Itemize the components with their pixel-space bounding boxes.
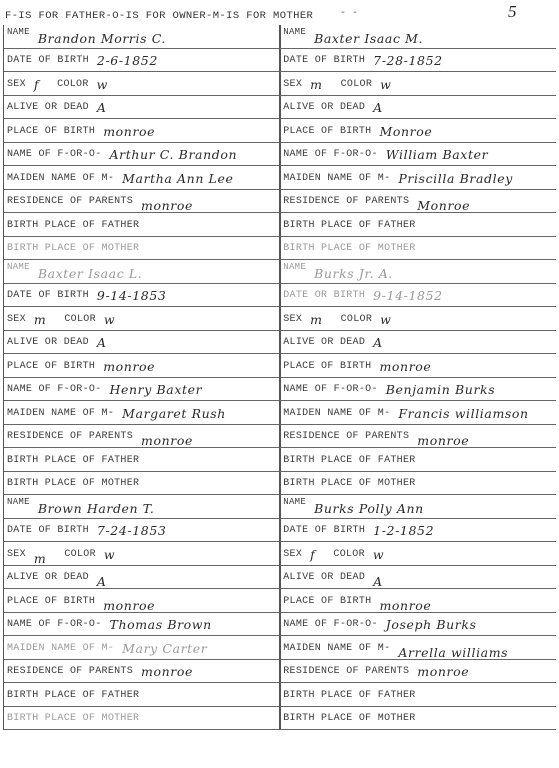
place-of-birth-field: PLACE OF BIRTHmonroe <box>280 589 556 613</box>
date-of-birth-label: DATE OF BIRTH <box>283 525 365 541</box>
color-value: w <box>104 547 115 565</box>
birth-place-of-mother-label: BIRTH PLACE OF MOTHER <box>283 713 415 729</box>
residence-of-parents-field: RESIDENCE OF PARENTSmonroe <box>4 660 280 684</box>
mother-maiden-name-label: MAIDEN NAME OF M- <box>7 643 114 659</box>
sex-label: SEX <box>7 79 26 95</box>
alive-or-dead-label: ALIVE OR DEAD <box>7 572 89 588</box>
record-card-6: NAMEBurks Polly Ann DATE OF BIRTH1-2-185… <box>279 495 556 730</box>
alive-or-dead-field: ALIVE OR DEADA <box>4 96 280 120</box>
sex-label: SEX <box>7 549 26 565</box>
mother-maiden-name-value: Arrella williams <box>398 645 508 660</box>
name-label: NAME <box>283 262 306 283</box>
color-label: COLOR <box>57 79 89 95</box>
sex-label: SEX <box>283 314 302 330</box>
name-value: Burks Polly Ann <box>314 501 424 518</box>
color-label: COLOR <box>64 314 96 330</box>
alive-or-dead-value: A <box>373 574 383 589</box>
alive-or-dead-value: A <box>373 100 383 118</box>
date-of-birth-field: DATE OR BIRTH9-14-1852 <box>280 284 556 308</box>
name-field: NAMEBurks Jr. A. <box>280 260 556 284</box>
date-of-birth-value: 2-6-1852 <box>97 53 158 71</box>
place-of-birth-value: monroe <box>103 359 155 377</box>
residence-of-parents-label: RESIDENCE OF PARENTS <box>283 666 409 682</box>
birth-place-of-father-field: BIRTH PLACE OF FATHER <box>4 683 280 707</box>
sex-color-field: SEXmCOLORw <box>280 307 556 331</box>
residence-of-parents-value: monroe <box>141 433 193 448</box>
date-of-birth-value: 9-14-1853 <box>97 288 167 306</box>
sex-label: SEX <box>283 549 302 565</box>
place-of-birth-label: PLACE OF BIRTH <box>283 126 371 142</box>
alive-or-dead-field: ALIVE OR DEADA <box>280 96 556 120</box>
residence-of-parents-label: RESIDENCE OF PARENTS <box>283 196 409 212</box>
place-of-birth-field: PLACE OF BIRTHmonroe <box>4 589 280 613</box>
sex-value: f <box>310 547 315 565</box>
name-label: NAME <box>7 497 30 518</box>
name-field: NAMEBaxter Isaac L. <box>4 260 280 284</box>
place-of-birth-value: monroe <box>379 598 431 613</box>
father-or-owner-value: William Baxter <box>386 147 488 165</box>
name-label: NAME <box>7 27 30 48</box>
sex-label: SEX <box>7 314 26 330</box>
mother-maiden-name-label: MAIDEN NAME OF M- <box>283 173 390 189</box>
alive-or-dead-field: ALIVE OR DEADA <box>4 566 280 590</box>
residence-of-parents-field: RESIDENCE OF PARENTSMonroe <box>280 190 556 214</box>
record-block-3: NAMEBrown Harden T. DATE OF BIRTH7-24-18… <box>3 495 556 730</box>
place-of-birth-value: monroe <box>103 598 155 613</box>
place-of-birth-field: PLACE OF BIRTHmonroe <box>4 119 280 143</box>
birth-place-of-mother-field: BIRTH PLACE OF MOTHER <box>280 237 556 261</box>
name-value: Brandon Morris C. <box>38 31 166 48</box>
alive-or-dead-label: ALIVE OR DEAD <box>283 102 365 118</box>
alive-or-dead-label: ALIVE OR DEAD <box>7 102 89 118</box>
date-of-birth-label: DATE OF BIRTH <box>283 55 365 71</box>
sex-color-field: SEXmCOLORw <box>280 72 556 96</box>
mother-maiden-name-value: Mary Carter <box>122 641 207 659</box>
record-card-2: NAMEBaxter Isaac M. DATE OF BIRTH7-28-18… <box>279 25 556 260</box>
residence-of-parents-label: RESIDENCE OF PARENTS <box>7 196 133 212</box>
birth-place-of-mother-field: BIRTH PLACE OF MOTHER <box>4 707 280 731</box>
sex-label: SEX <box>283 79 302 95</box>
sex-value: m <box>310 77 322 95</box>
birth-place-of-father-field: BIRTH PLACE OF FATHER <box>280 683 556 707</box>
place-of-birth-label: PLACE OF BIRTH <box>7 361 95 377</box>
date-of-birth-value: 1-2-1852 <box>373 523 434 541</box>
color-value: w <box>104 312 115 330</box>
name-value: Baxter Isaac L. <box>38 266 143 283</box>
name-field: NAMEBrown Harden T. <box>4 495 280 519</box>
color-value: w <box>380 77 391 95</box>
record-card-1: NAMEBrandon Morris C. DATE OF BIRTH2-6-1… <box>3 25 281 260</box>
page-number: 5 <box>508 2 517 22</box>
place-of-birth-label: PLACE OF BIRTH <box>7 596 95 612</box>
father-or-owner-label: NAME OF F-OR-O- <box>283 149 378 165</box>
father-or-owner-field: NAME OF F-OR-O-Arthur C. Brandon <box>4 143 280 167</box>
mother-maiden-name-field: MAIDEN NAME OF M-Margaret Rush <box>4 401 280 425</box>
birth-place-of-father-field: BIRTH PLACE OF FATHER <box>280 213 556 237</box>
date-of-birth-value: 7-28-1852 <box>373 53 443 71</box>
father-or-owner-field: NAME OF F-OR-O-Benjamin Burks <box>280 378 556 402</box>
date-of-birth-field: DATE OF BIRTH2-6-1852 <box>4 49 280 73</box>
father-or-owner-label: NAME OF F-OR-O- <box>7 149 102 165</box>
residence-of-parents-label: RESIDENCE OF PARENTS <box>283 431 409 447</box>
place-of-birth-field: PLACE OF BIRTHmonroe <box>280 354 556 378</box>
birth-place-of-father-label: BIRTH PLACE OF FATHER <box>283 690 415 706</box>
father-or-owner-value: Joseph Burks <box>386 617 477 635</box>
father-or-owner-label: NAME OF F-OR-O- <box>283 384 378 400</box>
alive-or-dead-label: ALIVE OR DEAD <box>7 337 89 353</box>
birth-place-of-mother-field: BIRTH PLACE OF MOTHER <box>4 237 280 261</box>
date-of-birth-label: DATE OR BIRTH <box>283 290 365 306</box>
father-or-owner-field: NAME OF F-OR-O-Joseph Burks <box>280 613 556 637</box>
residence-of-parents-label: RESIDENCE OF PARENTS <box>7 431 133 447</box>
father-or-owner-label: NAME OF F-OR-O- <box>7 619 102 635</box>
mother-maiden-name-value: Martha Ann Lee <box>122 171 233 189</box>
mother-maiden-name-label: MAIDEN NAME OF M- <box>7 173 114 189</box>
mother-maiden-name-label: MAIDEN NAME OF M- <box>283 408 390 424</box>
color-label: COLOR <box>64 549 96 565</box>
date-of-birth-value: 9-14-1852 <box>373 288 443 306</box>
sex-color-field: SEXfCOLORw <box>4 72 280 96</box>
father-or-owner-value: Thomas Brown <box>110 617 212 635</box>
record-block-1: NAMEBrandon Morris C. DATE OF BIRTH2-6-1… <box>3 25 556 260</box>
color-value: w <box>380 312 391 330</box>
birth-place-of-mother-field: BIRTH PLACE OF MOTHER <box>280 707 556 731</box>
father-or-owner-value: Arthur C. Brandon <box>110 147 238 165</box>
color-label: COLOR <box>341 314 373 330</box>
sex-value: m <box>34 551 46 566</box>
alive-or-dead-value: A <box>97 574 107 589</box>
name-field: NAMEBrandon Morris C. <box>4 25 280 49</box>
mother-maiden-name-value: Margaret Rush <box>122 406 226 424</box>
sex-color-field: SEXfCOLORw <box>280 542 556 566</box>
father-or-owner-field: NAME OF F-OR-O-Thomas Brown <box>4 613 280 637</box>
residence-of-parents-value: monroe <box>417 433 469 448</box>
alive-or-dead-value: A <box>97 335 107 353</box>
mother-maiden-name-value: Francis williamson <box>398 406 528 424</box>
date-of-birth-field: DATE OF BIRTH1-2-1852 <box>280 519 556 543</box>
place-of-birth-label: PLACE OF BIRTH <box>283 596 371 612</box>
record-card-5: NAMEBrown Harden T. DATE OF BIRTH7-24-18… <box>3 495 281 730</box>
color-value: w <box>97 77 108 95</box>
place-of-birth-label: PLACE OF BIRTH <box>7 126 95 142</box>
father-or-owner-value: Henry Baxter <box>110 382 203 400</box>
birth-place-of-mother-field: BIRTH PLACE OF MOTHER <box>280 472 556 496</box>
name-label: NAME <box>283 27 306 48</box>
name-value: Baxter Isaac M. <box>314 31 423 48</box>
record-block-2: NAMEBaxter Isaac L. DATE OF BIRTH9-14-18… <box>3 260 556 495</box>
residence-of-parents-value: monroe <box>417 664 469 682</box>
sex-value: m <box>310 312 322 330</box>
record-card-3: NAMEBaxter Isaac L. DATE OF BIRTH9-14-18… <box>3 260 281 495</box>
record-card-4: NAMEBurks Jr. A. DATE OR BIRTH9-14-1852 … <box>279 260 556 495</box>
birth-place-of-mother-label: BIRTH PLACE OF MOTHER <box>283 243 415 259</box>
mother-maiden-name-label: MAIDEN NAME OF M- <box>283 643 390 659</box>
birth-place-of-mother-field: BIRTH PLACE OF MOTHER <box>4 472 280 496</box>
alive-or-dead-field: ALIVE OR DEADA <box>280 331 556 355</box>
place-of-birth-value: Monroe <box>379 124 432 142</box>
birth-place-of-father-field: BIRTH PLACE OF FATHER <box>4 213 280 237</box>
sex-color-field: SEXmCOLORw <box>4 542 280 566</box>
mother-maiden-name-field: MAIDEN NAME OF M-Arrella williams <box>280 636 556 660</box>
birth-place-of-father-label: BIRTH PLACE OF FATHER <box>283 220 415 236</box>
residence-of-parents-field: RESIDENCE OF PARENTSmonroe <box>280 425 556 449</box>
place-of-birth-label: PLACE OF BIRTH <box>283 361 371 377</box>
mother-maiden-name-value: Priscilla Bradley <box>398 171 513 189</box>
residence-of-parents-label: RESIDENCE OF PARENTS <box>7 666 133 682</box>
residence-of-parents-field: RESIDENCE OF PARENTSmonroe <box>4 425 280 449</box>
name-field: NAMEBurks Polly Ann <box>280 495 556 519</box>
residence-of-parents-value: monroe <box>141 198 193 213</box>
birth-place-of-mother-label: BIRTH PLACE OF MOTHER <box>7 478 139 494</box>
alive-or-dead-value: A <box>373 335 383 353</box>
date-of-birth-label: DATE OF BIRTH <box>7 525 89 541</box>
residence-of-parents-value: monroe <box>141 664 193 682</box>
father-or-owner-label: NAME OF F-OR-O- <box>283 619 378 635</box>
residence-of-parents-field: RESIDENCE OF PARENTSmonroe <box>4 190 280 214</box>
residence-of-parents-field: RESIDENCE OF PARENTSmonroe <box>280 660 556 684</box>
sex-value: f <box>34 77 39 95</box>
date-of-birth-field: DATE OF BIRTH9-14-1853 <box>4 284 280 308</box>
name-value: Brown Harden T. <box>38 501 155 518</box>
alive-or-dead-value: A <box>97 100 107 118</box>
birth-place-of-mother-label: BIRTH PLACE OF MOTHER <box>7 713 139 729</box>
place-of-birth-value: monroe <box>103 124 155 142</box>
mother-maiden-name-field: MAIDEN NAME OF M-Francis williamson <box>280 401 556 425</box>
color-value: w <box>373 547 384 565</box>
place-of-birth-field: PLACE OF BIRTHmonroe <box>4 354 280 378</box>
name-value: Burks Jr. A. <box>314 266 393 283</box>
birth-place-of-father-label: BIRTH PLACE OF FATHER <box>7 690 139 706</box>
father-or-owner-value: Benjamin Burks <box>386 382 495 400</box>
birth-place-of-mother-label: BIRTH PLACE OF MOTHER <box>7 243 139 259</box>
birth-place-of-father-field: BIRTH PLACE OF FATHER <box>4 448 280 472</box>
mother-maiden-name-field: MAIDEN NAME OF M-Priscilla Bradley <box>280 166 556 190</box>
alive-or-dead-field: ALIVE OR DEADA <box>280 566 556 590</box>
alive-or-dead-label: ALIVE OR DEAD <box>283 572 365 588</box>
place-of-birth-field: PLACE OF BIRTHMonroe <box>280 119 556 143</box>
color-label: COLOR <box>341 79 373 95</box>
father-or-owner-field: NAME OF F-OR-O-Henry Baxter <box>4 378 280 402</box>
alive-or-dead-label: ALIVE OR DEAD <box>283 337 365 353</box>
date-of-birth-label: DATE OF BIRTH <box>7 290 89 306</box>
sex-value: m <box>34 312 46 330</box>
name-label: NAME <box>7 262 30 283</box>
alive-or-dead-field: ALIVE OR DEADA <box>4 331 280 355</box>
place-of-birth-value: monroe <box>379 359 431 377</box>
mother-maiden-name-field: MAIDEN NAME OF M-Mary Carter <box>4 636 280 660</box>
birth-place-of-father-label: BIRTH PLACE OF FATHER <box>7 220 139 236</box>
father-or-owner-field: NAME OF F-OR-O-William Baxter <box>280 143 556 167</box>
date-of-birth-label: DATE OF BIRTH <box>7 55 89 71</box>
residence-of-parents-value: Monroe <box>417 198 470 213</box>
name-field: NAMEBaxter Isaac M. <box>280 25 556 49</box>
mother-maiden-name-label: MAIDEN NAME OF M- <box>7 408 114 424</box>
birth-place-of-father-field: BIRTH PLACE OF FATHER <box>280 448 556 472</box>
color-label: COLOR <box>333 549 365 565</box>
birth-place-of-mother-label: BIRTH PLACE OF MOTHER <box>283 478 415 494</box>
date-of-birth-value: 7-24-1853 <box>97 523 167 541</box>
birth-place-of-father-label: BIRTH PLACE OF FATHER <box>7 455 139 471</box>
birth-record-form: NAMEBrandon Morris C. DATE OF BIRTH2-6-1… <box>3 25 556 730</box>
form-header: F-IS FOR FATHER-O-IS FOR OWNER-M-IS FOR … <box>5 10 313 22</box>
sex-color-field: SEXmCOLORw <box>4 307 280 331</box>
date-of-birth-field: DATE OF BIRTH7-24-1853 <box>4 519 280 543</box>
birth-place-of-father-label: BIRTH PLACE OF FATHER <box>283 455 415 471</box>
name-label: NAME <box>283 497 306 518</box>
father-or-owner-label: NAME OF F-OR-O- <box>7 384 102 400</box>
header-dash-mark: ‐ ‐ <box>340 8 358 19</box>
mother-maiden-name-field: MAIDEN NAME OF M-Martha Ann Lee <box>4 166 280 190</box>
date-of-birth-field: DATE OF BIRTH7-28-1852 <box>280 49 556 73</box>
